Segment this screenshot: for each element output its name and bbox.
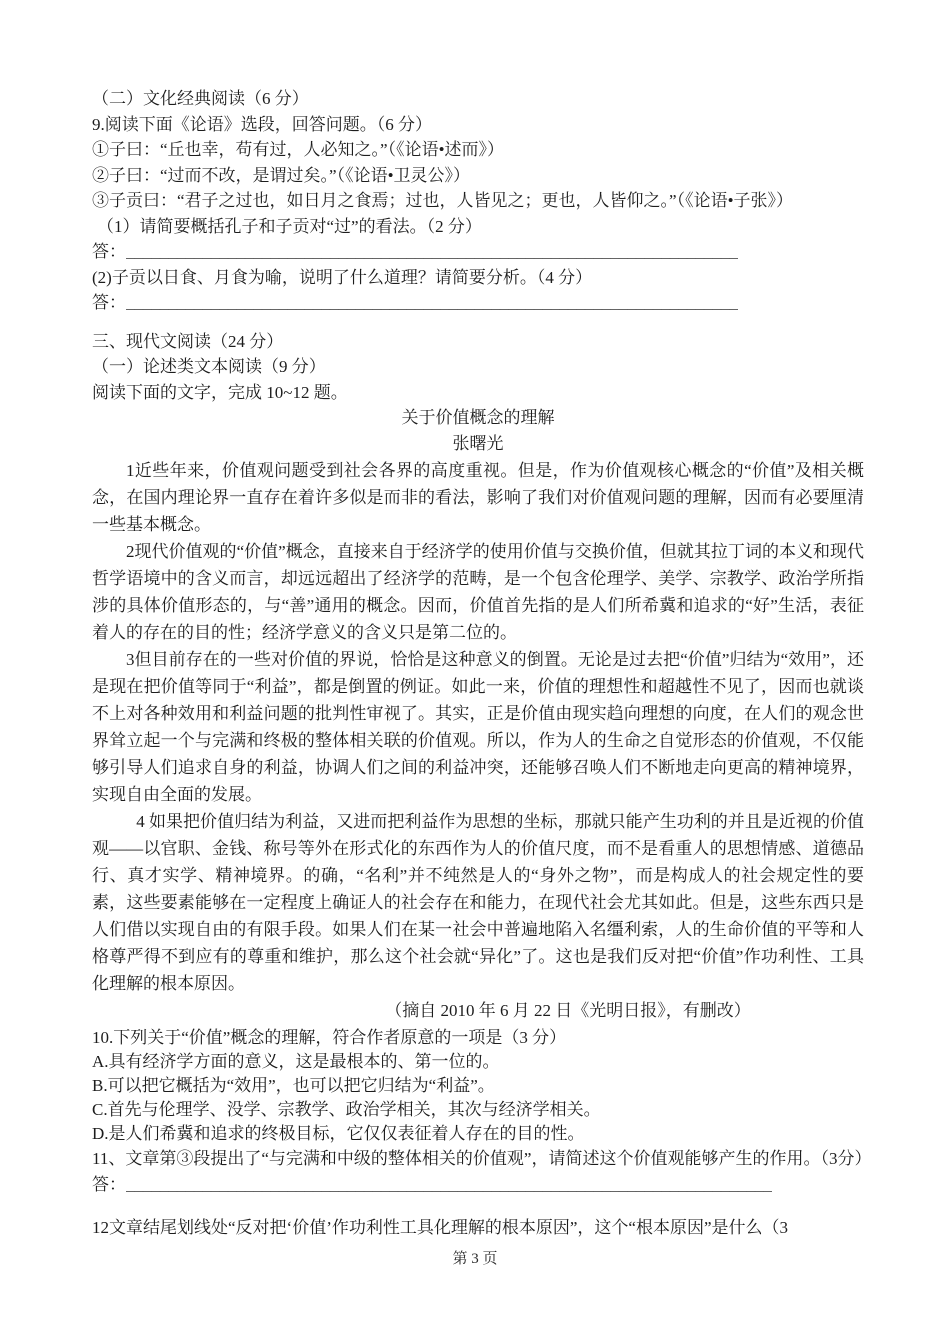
section3-sub-heading: （一）论述类文本阅读（9 分） (92, 354, 864, 380)
section3-intro: 阅读下面的文字，完成 10~12 题。 (92, 380, 864, 406)
section3-heading: 三、现代文阅读（24 分） (92, 329, 864, 355)
q9-answer-row-2: 答：______________________________________… (92, 290, 864, 316)
q11-answer-row: 答：______________________________________… (92, 1172, 864, 1198)
page-number: 第 3 页 (0, 1247, 950, 1268)
q9-passage-2: ②子曰：“过而不改，是谓过矣。”（《论语•卫灵公》） (92, 163, 864, 189)
q9-passage-1: ①子曰：“丘也幸，苟有过，人必知之。”（《论语•述而》） (92, 137, 864, 163)
q10-option-a: A.具有经济学方面的意义，这是最根本的、第一位的。 (92, 1050, 864, 1074)
answer-label: 答： (92, 1175, 126, 1194)
exam-page-content: （二）文化经典阅读（6 分） 9.阅读下面《论语》选段，回答问题。（6 分） ①… (92, 86, 864, 1240)
section2-heading: （二）文化经典阅读（6 分） (92, 86, 864, 112)
q9-sub-question-2: (2)子贡以日食、月食为喻，说明了什么道理？请简要分析。（4 分） (92, 265, 864, 291)
article-source-attribution: （摘自 2010 年 6 月 22 日《光明日报》，有删改） (272, 997, 864, 1024)
article-paragraph-1: 1近些年来，价值观问题受到社会各界的高度重视。但是，作为价值观核心概念的“价值”… (92, 457, 864, 538)
q9-answer-blank-1: ________________________________________… (126, 239, 738, 265)
q11-stem: 11、文章第③段提出了“与完满和中级的整体相关的价值观”，请简述这个价值观能够产… (92, 1146, 864, 1172)
answer-label: 答： (92, 242, 126, 261)
q9-sub-question-1: （1）请简要概括孔子和子贡对“过”的看法。（2 分） (92, 214, 864, 240)
article-paragraph-4: 4 如果把价值归结为利益，又进而把利益作为思想的坐标，那就只能产生功利的并且是近… (92, 808, 864, 997)
article-author: 张曙光 (92, 431, 864, 457)
q12-stem: 12文章结尾划线处“反对把‘价值’作功利性工具化理解的根本原因”，这个“根本原因… (92, 1215, 864, 1241)
q11-answer-blank: ________________________________________… (126, 1172, 772, 1198)
q9-stem: 9.阅读下面《论语》选段，回答问题。（6 分） (92, 112, 864, 138)
article-paragraph-3: 3但目前存在的一些对价值的界说，恰恰是这种意义的倒置。无论是过去把“价值”归结为… (92, 646, 864, 808)
q9-answer-blank-2: ________________________________________… (126, 290, 738, 316)
q9-passage-3: ③子贡曰：“君子之过也，如日月之食焉；过也，人皆见之；更也，人皆仰之。”（《论语… (92, 188, 864, 214)
answer-label: 答： (92, 293, 126, 312)
q10-stem: 10.下列关于“价值”概念的理解，符合作者原意的一项是（3 分） (92, 1026, 864, 1050)
q10-option-c: C.首先与伦理学、没学、宗教学、政治学相关，其次与经济学相关。 (92, 1098, 864, 1122)
q10-option-d: D.是人们希冀和追求的终极目标，它仅仅表征着人存在的目的性。 (92, 1122, 864, 1146)
q9-answer-row-1: 答：______________________________________… (92, 239, 864, 265)
q10-option-b: B.可以把它概括为“效用”，也可以把它归结为“利益”。 (92, 1074, 864, 1098)
article-paragraph-2: 2现代价值观的“价值”概念，直接来自于经济学的使用价值与交换价值，但就其拉丁词的… (92, 538, 864, 646)
article-title: 关于价值概念的理解 (92, 405, 864, 431)
